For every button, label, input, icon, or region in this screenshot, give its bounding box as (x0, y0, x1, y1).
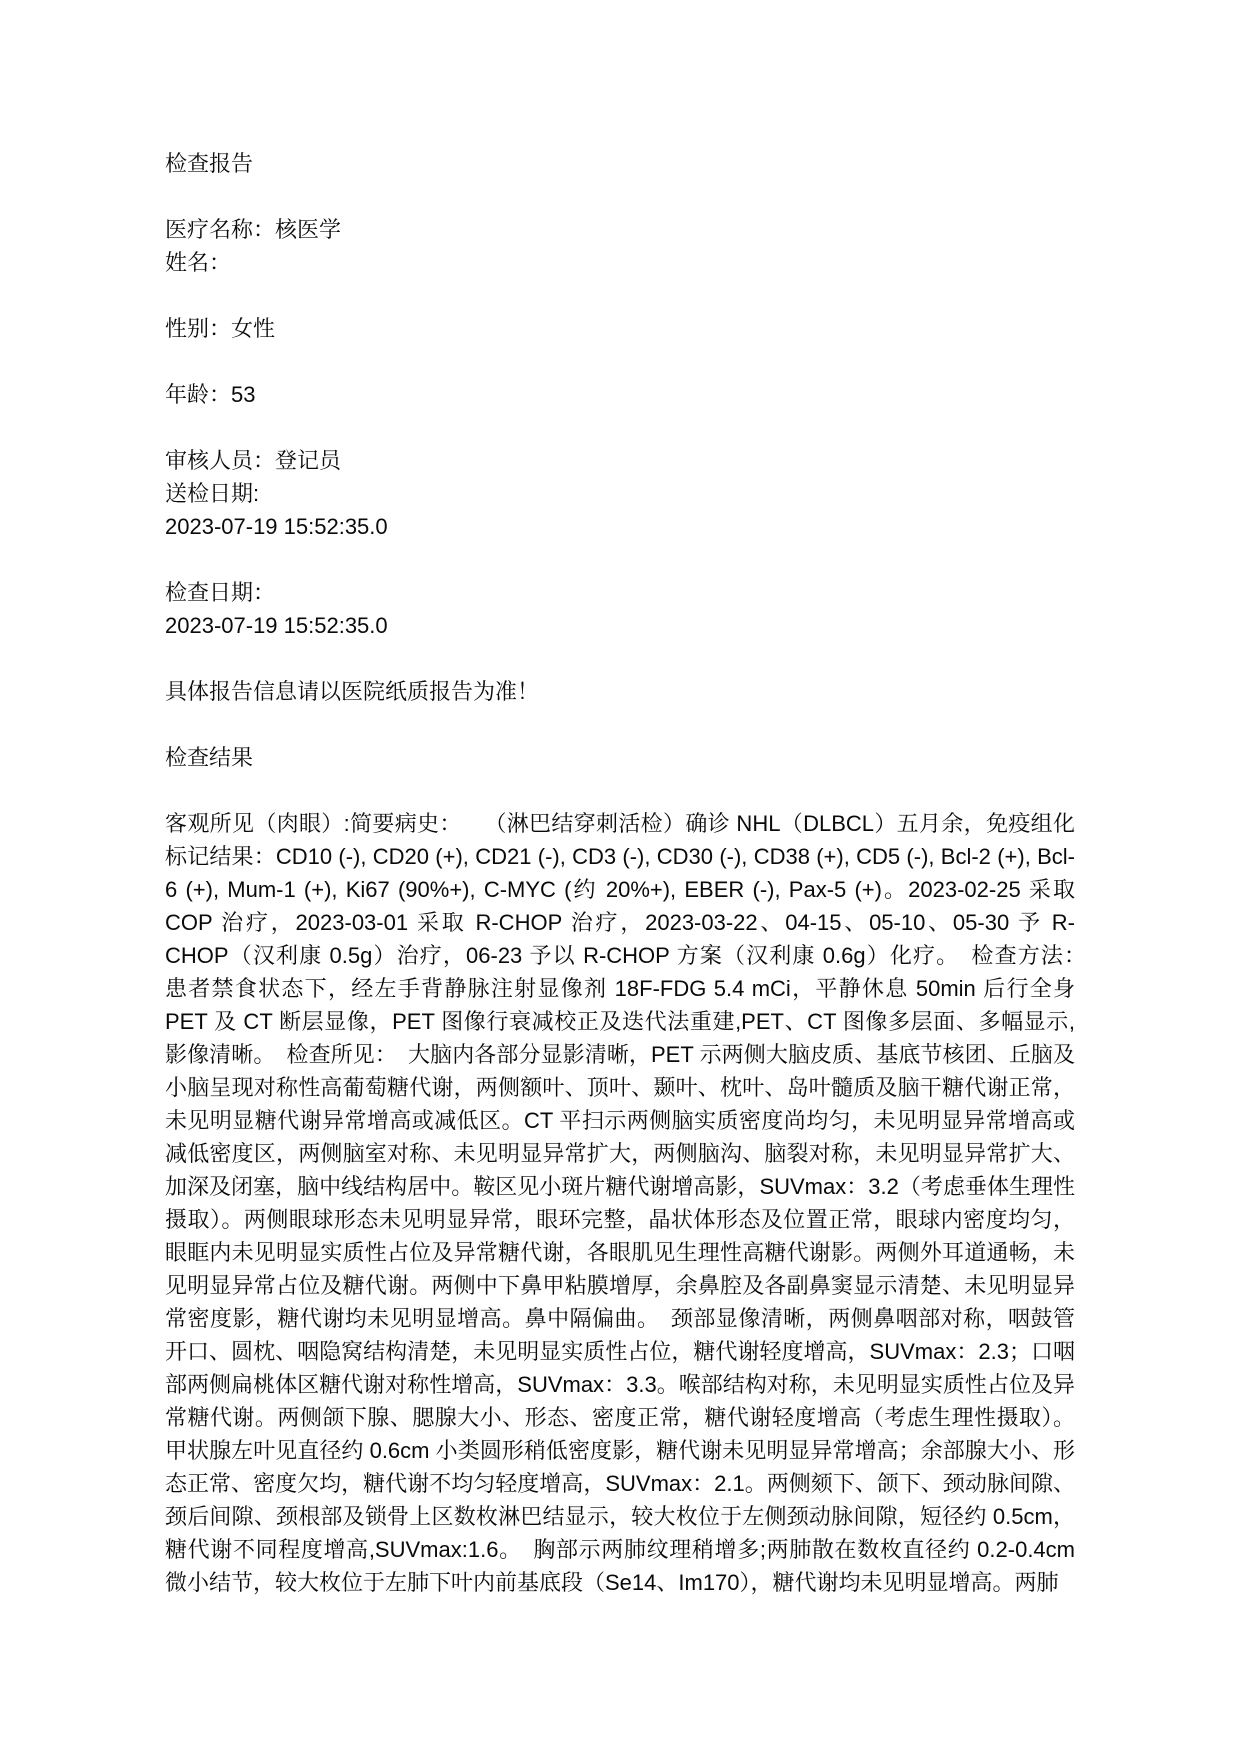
report-page: { "report": { "title": "检查报告", "fields":… (0, 0, 1241, 1754)
field-exam-date-value: 2023-07-19 15:52:35.0 (165, 609, 1075, 642)
field-exam-date-label: 检查日期： (165, 576, 1075, 609)
field-reviewer: 审核人员：登记员 (165, 444, 1075, 477)
field-age: 年龄：53 (165, 378, 1075, 411)
exam-date-block: 检查日期： 2023-07-19 15:52:35.0 (165, 576, 1075, 642)
results-heading-block: 检查结果 (165, 741, 1075, 774)
gender-block: 性别：女性 (165, 312, 1075, 345)
field-medical-name: 医疗名称：核医学 (165, 213, 1075, 246)
field-gender: 性别：女性 (165, 312, 1075, 345)
report-title: 检查报告 (165, 147, 1075, 180)
findings-paragraph: 客观所见（肉眼）:简要病史： （淋巴结穿刺活检）确诊 NHL（DLBCL）五月余… (165, 807, 1075, 1599)
report-document: 检查报告 医疗名称：核医学 姓名： 性别：女性 年龄：53 审核人员：登记员 送… (165, 147, 1075, 1599)
field-send-date-value: 2023-07-19 15:52:35.0 (165, 510, 1075, 543)
reviewer-send-date-block: 审核人员：登记员 送检日期: 2023-07-19 15:52:35.0 (165, 444, 1075, 543)
field-patient-name: 姓名： (165, 246, 1075, 279)
age-block: 年龄：53 (165, 378, 1075, 411)
field-send-date-label: 送检日期: (165, 477, 1075, 510)
patient-basic-info-block: 医疗名称：核医学 姓名： (165, 213, 1075, 279)
notice-text: 具体报告信息请以医院纸质报告为准！ (165, 675, 1075, 708)
results-heading: 检查结果 (165, 741, 1075, 774)
notice-block: 具体报告信息请以医院纸质报告为准！ (165, 675, 1075, 708)
